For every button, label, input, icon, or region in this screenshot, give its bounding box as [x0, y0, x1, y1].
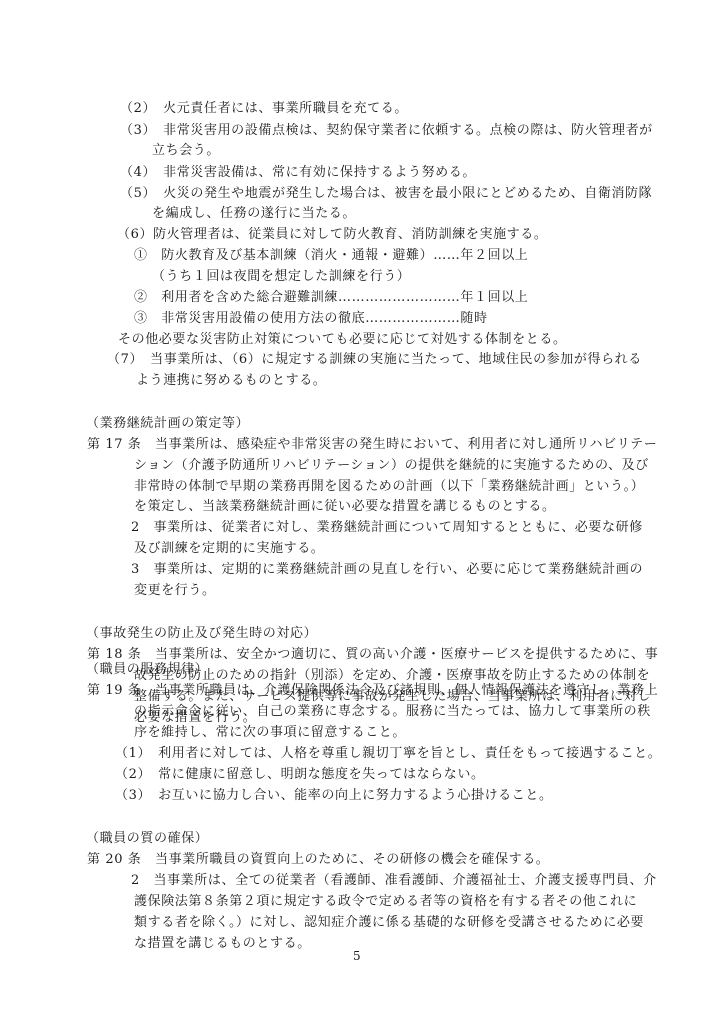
document-line: 2 当事業所は、全ての従業者（看護師、准看護師、介護福祉士、介護支援専門員、介: [131, 873, 657, 889]
document-line: を策定し、当該業務継続計画に従い必要な措置を講じるものとする。: [134, 499, 556, 515]
document-line: （1） 利用者に対しては、人格を尊重し親切丁寧を旨とし、責任をもって接遇すること…: [115, 746, 661, 762]
document-line: 変更を行う。: [134, 583, 216, 599]
document-line: その他必要な災害防止対策についても必要に応じて対処する体制をとる。: [118, 332, 567, 348]
document-line: 及び訓練を定期的に実施する。: [134, 541, 324, 557]
document-line: ション（介護予防通所リハビリテーション）の提供を継続的に実施するための、及び: [134, 458, 649, 474]
document-page: （2） 火元責任者には、事業所職員を充てる。（3） 非常災害用の設備点検は、契約…: [0, 0, 724, 1024]
document-line: 第 18 条 当事業所は、安全かつ適切に、質の高い介護・医療サービスを提供するた…: [87, 647, 658, 663]
document-line: の指示命令に従い、自己の業務に専念する。服務に当たっては、協力して事業所の秩: [134, 704, 651, 720]
document-line: ① 防火教育及び基本訓練（消火・通報・避難）……年２回以上: [134, 248, 528, 264]
document-line: （うち１回は夜間を想定した訓練を行う）: [152, 269, 410, 285]
document-line: ② 利用者を含めた総合避難訓練………………………年１回以上: [134, 290, 528, 306]
document-line: な措置を講じるものとする。: [134, 936, 311, 952]
document-line: （業務継続計画の策定等）: [86, 416, 249, 432]
document-line: 2 事業所は、従業者に対し、業務継続計画について周知するとともに、必要な研修: [131, 520, 643, 536]
document-line: （7） 当事業所は、（6）に規定する訓練の実施に当たって、地域住民の参加が得られ…: [107, 352, 642, 368]
document-line: （事故発生の防止及び発生時の対応）: [86, 626, 317, 642]
document-line: を編成し、任務の遂行に当たる。: [152, 206, 356, 222]
document-line: 立ち会う。: [152, 143, 220, 159]
document-line: 第 20 条 当事業所職員の資質向上のために、その研修の機会を確保する。: [87, 852, 549, 868]
document-line: 第 19 条 当事業所職員は、介護保険関係法令及び諸規則、個人情報保護法を遵守し…: [87, 683, 658, 699]
document-line: （5） 火災の発生や地震が発生した場合は、被害を最小限にとどめるため、自衛消防隊: [120, 186, 652, 202]
document-line: 序を維持し、常に次の事項に留意すること。: [134, 725, 406, 741]
document-line: （2） 常に健康に留意し、明朗な態度を失ってはならない。: [115, 767, 485, 783]
document-line: （2） 火元責任者には、事業所職員を充てる。: [120, 101, 408, 117]
document-line: よう連携に努めるものとする。: [136, 373, 326, 389]
document-line: （6）防火管理者は、従業員に対して防火教育、消防訓練を実施する。: [117, 227, 547, 243]
document-line: （3） お互いに協力し合い、能率の向上に努力するよう心掛けること。: [115, 788, 553, 804]
document-line: 3 事業所は、定期的に業務継続計画の見直しを行い、必要に応じて業務継続計画の: [131, 562, 643, 578]
document-line: （4） 非常災害設備は、常に有効に保持するよう努める。: [120, 165, 476, 181]
document-line: 類する者を除く。）に対し、認知症介護に係る基礎的な研修を受講させるために必要: [134, 915, 644, 931]
document-line: ③ 非常災害用設備の使用方法の徹底…………………随時: [134, 311, 488, 327]
document-line: 非常時の体制で早期の業務再開を図るための計画（以下「業務継続計画」という。）: [134, 479, 644, 495]
document-line: （職員の服務規律）: [86, 662, 208, 678]
document-line: 第 17 条 当事業所は、感染症や非常災害の発生時において、利用者に対し通所リハ…: [87, 437, 657, 453]
document-line: （職員の質の確保）: [86, 831, 208, 847]
document-line: 故発生の防止のための指針（別添）を定め、介護・医療事故を防止するための体制を: [134, 668, 650, 684]
document-line: 護保険法第８条第２項に規定する政令で定める者等の資格を有する者その他これに: [134, 894, 637, 910]
page-number: 5: [353, 949, 361, 963]
document-line: （3） 非常災害用の設備点検は、契約保守業者に依頼する。点検の際は、防火管理者が: [120, 123, 653, 139]
